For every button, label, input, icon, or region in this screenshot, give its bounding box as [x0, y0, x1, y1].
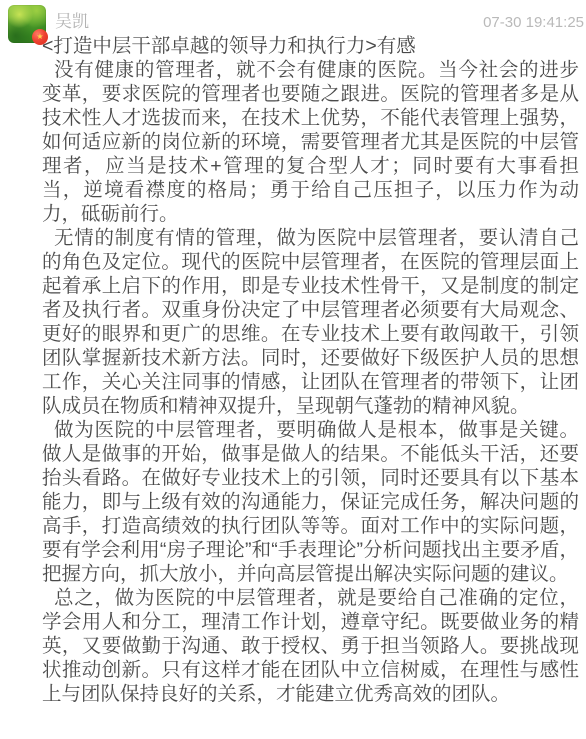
message-timestamp: 07-30 19:41:25 [483, 10, 584, 34]
post-paragraph: 没有健康的管理者，就不会有健康的医院。当今社会的进步变革，要求医院的管理者也要随… [42, 58, 579, 226]
post-paragraph: 做为医院的中层管理者，要明确做人是根本，做事是关键。做人是做事的开始，做事是做人… [42, 418, 579, 586]
post-paragraph: 无情的制度有情的管理，做为医院中层管理者，要认清自己的角色及定位。现代的医院中层… [42, 226, 579, 418]
avatar[interactable]: ★ [8, 5, 46, 43]
message-header: 吴凯 07-30 19:41:25 [0, 0, 586, 34]
message-body: <打造中层干部卓越的领导力和执行力>有感 没有健康的管理者，就不会有健康的医院。… [0, 34, 586, 716]
flag-badge-icon: ★ [32, 29, 48, 45]
author-name: 吴凯 [55, 10, 89, 34]
chat-message-post: ★ 吴凯 07-30 19:41:25 <打造中层干部卓越的领导力和执行力>有感… [0, 0, 586, 739]
post-paragraph: 总之，做为医院的中层管理者，就是要给自己准确的定位，学会用人和分工，理清工作计划… [42, 586, 579, 706]
post-title: <打造中层干部卓越的领导力和执行力>有感 [42, 34, 579, 58]
